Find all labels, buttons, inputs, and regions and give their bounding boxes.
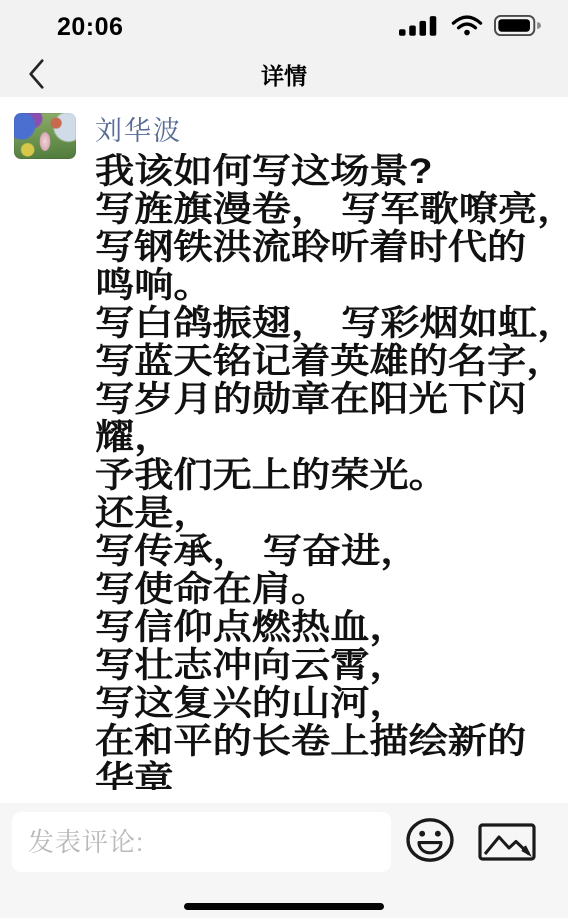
post-line: 华章 [95, 761, 568, 790]
header: 20:06 [0, 0, 568, 97]
image-button[interactable] [478, 823, 536, 861]
post-line: 写壮志冲向云霄， [95, 647, 568, 685]
image-icon [478, 823, 536, 861]
post-line: 还是， [95, 495, 568, 533]
post-body: 刘华波 我该如何写这场景?写旌旗漫卷， 写军歌嘹亮，写钢铁洪流聆听着时代的鸣响。… [95, 97, 558, 790]
status-icons [399, 14, 542, 37]
wifi-icon [451, 14, 483, 37]
status-bar: 20:06 [0, 0, 568, 52]
post-detail: 刘华波 我该如何写这场景?写旌旗漫卷， 写军歌嘹亮，写钢铁洪流聆听着时代的鸣响。… [0, 97, 568, 803]
battery-icon [494, 14, 542, 37]
emoji-smiley-icon [404, 817, 456, 863]
post-line: 写这复兴的山河， [95, 685, 568, 723]
post-line: 写白鸽振翅， 写彩烟如虹， [95, 305, 568, 343]
post-line: 写钢铁洪流聆听着时代的 [95, 229, 568, 267]
post-line: 写信仰点燃热血， [95, 609, 568, 647]
post-line: 写蓝天铭记着英雄的名字， [95, 343, 568, 381]
post-line: 写旌旗漫卷， 写军歌嘹亮， [95, 191, 568, 229]
post-line: 鸣响。 [95, 267, 568, 305]
page-title: 详情 [0, 58, 568, 91]
post-line: 写使命在肩。 [95, 571, 568, 609]
comment-bar [0, 803, 568, 918]
screen: 20:06 [0, 0, 568, 918]
nav-bar: 详情 [0, 52, 568, 97]
post-line: 写传承， 写奋进， [95, 533, 568, 571]
status-time: 20:06 [57, 13, 123, 42]
home-indicator[interactable] [184, 903, 384, 910]
post-line: 予我们无上的荣光。 [95, 457, 568, 495]
post-line: 耀， [95, 419, 568, 457]
cellular-signal-icon [399, 14, 440, 37]
post-line: 在和平的长卷上描绘新的 [95, 723, 568, 761]
avatar[interactable] [14, 113, 76, 159]
author-name[interactable]: 刘华波 [95, 115, 558, 147]
post-text: 我该如何写这场景?写旌旗漫卷， 写军歌嘹亮，写钢铁洪流聆听着时代的鸣响。写白鸽振… [95, 153, 568, 790]
post-line: 写岁月的勋章在阳光下闪 [95, 381, 568, 419]
comment-input[interactable] [12, 812, 391, 872]
post-line: 我该如何写这场景? [95, 153, 568, 191]
emoji-button[interactable] [404, 817, 456, 863]
